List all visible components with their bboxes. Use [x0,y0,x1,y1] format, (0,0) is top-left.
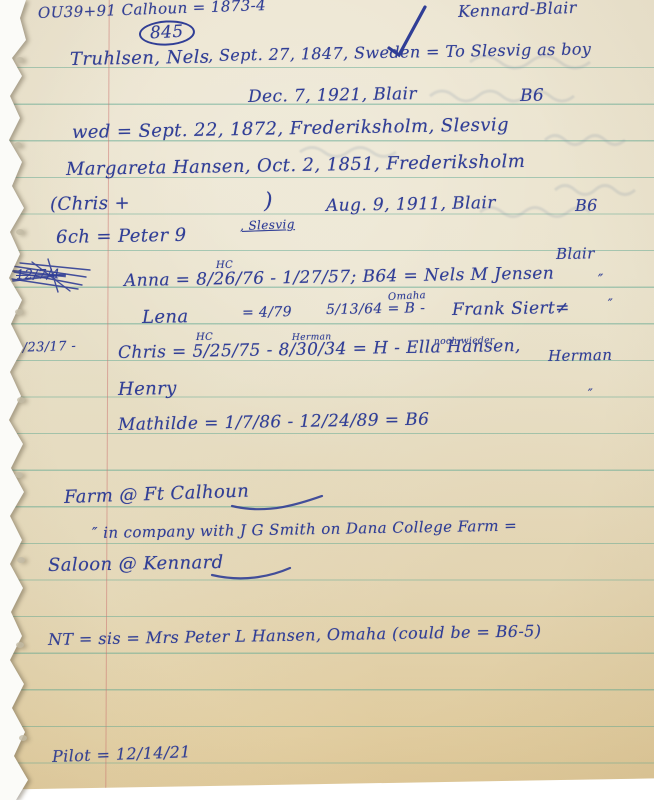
scratch-out-scribble [12,259,90,292]
handwriting-children-12: ″ [608,297,614,312]
handwriting-header-1: 845 [138,19,195,47]
handwriting-header-2: Kennard-Blair [458,0,577,21]
handwriting-children-2: Blair [556,244,595,263]
handwriting-vitals-7: ) [264,189,273,214]
handwriting-header-0: OU39+91 Calhoun = 1873-4 [38,0,267,22]
handwriting-children-5: HC [216,260,233,271]
handwriting-children-10: Omaha [388,290,427,303]
checkmark-icon [389,7,425,55]
handwriting-occupations-0: Farm @ Ft Calhoun [64,481,250,508]
handwriting-vitals-2: Dec. 7, 1921, Blair [248,84,417,107]
bleed-through-ghost-writing [0,0,654,800]
handwriting-children-21: Mathilde = 1/7/86 - 12/24/89 = B6 [118,410,430,435]
handwriting-children-20: ″ [588,387,594,402]
handwriting-children-18: Herman [548,346,613,365]
scanned-notebook-page: OU39+91 Calhoun = 1873-4845Kennard-Blair… [0,0,654,800]
handwriting-notes-0: NT = sis = Mrs Peter L Hansen, Omaha (co… [48,621,542,649]
handwriting-children-9: 5/13/64 = B - [326,300,426,318]
handwriting-vitals-3: B6 [520,86,544,106]
underline-flourish-calhoun [232,496,322,509]
handwriting-occupations-1: ″ in company with J G Smith on Dana Coll… [92,517,517,542]
handwriting-children-6: ″ [598,272,604,288]
handwriting-vitals-0: Truhlsen, Nels [70,47,210,70]
handwriting-children-14: Chris = 5/25/75 - 8/30/34 = H - Ella Han… [118,336,521,363]
handwriting-children-15: HC [196,332,213,343]
handwriting-children-11: Frank Siert≠ [452,298,570,320]
notebook-paper: OU39+91 Calhoun = 1873-4845Kennard-Blair… [0,0,654,800]
handwriting-children-19: Henry [118,378,177,400]
handwriting-vitals-8: Aug. 9, 1911, Blair [326,193,496,216]
handwriting-vitals-1: , Sept. 27, 1847, Sweden = To Slesvig as… [208,39,592,65]
handwriting-occupations-2: Saloon @ Kennard [48,552,224,576]
handwriting-children-7: Lena [142,306,189,328]
handwriting-children-17: noch wieder [434,336,495,347]
handwriting-children-8: = 4/79 [242,304,292,321]
handwriting-vitals-5: Margareta Hansen, Oct. 2, 1851, Frederik… [66,151,526,180]
handwriting-children-1: , Slesvig [240,217,295,233]
handwriting-children-3: 12/7/4 [16,267,61,283]
handwriting-vitals-6: (Chris + [50,193,130,215]
handwriting-children-16: Herman [292,332,332,343]
handwriting-vitals-4: wed = Sept. 22, 1872, Frederiksholm, Sle… [72,114,509,143]
handwriting-children-4: Anna = 8/26/76 - 1/27/57; B64 = Nels M J… [124,263,554,291]
margin-line [105,0,110,792]
handwriting-vitals-9: B6 [575,196,598,215]
underline-flourish-kennard [212,568,290,578]
ruled-lines [0,67,654,767]
handwriting-children-0: 6ch = Peter 9 [56,225,187,248]
handwriting-footer-0: Pilot = 12/14/21 [52,742,191,766]
ink-marks [0,0,654,800]
handwriting-children-13: 1/23/17 - [14,339,77,356]
